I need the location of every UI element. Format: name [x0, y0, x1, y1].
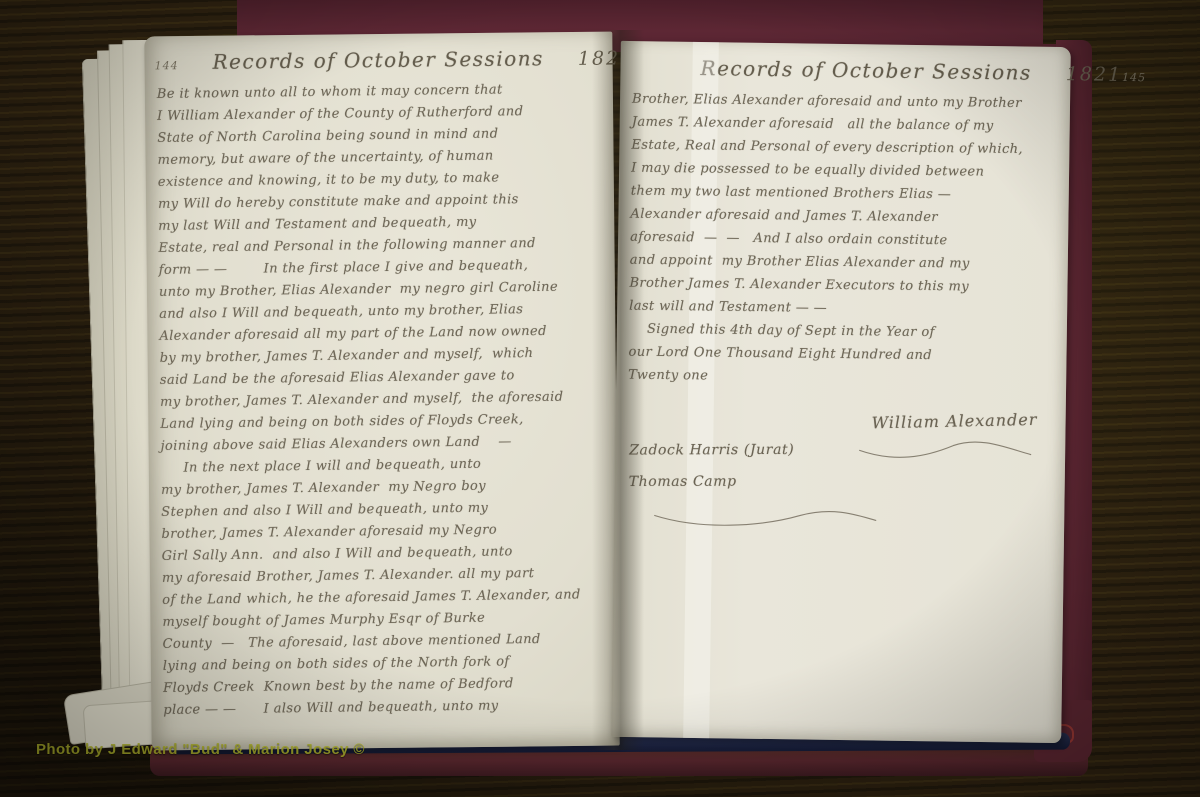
manuscript-line: Twenty one — [628, 364, 1060, 392]
witness-signature: Thomas Camp — [629, 474, 737, 490]
right-page-header: Records of October Sessions 1821 145 — [620, 41, 1070, 85]
testator-signature: William Alexander — [872, 410, 1038, 432]
left-page-manuscript-lines: Be it known unto all to whom it may conc… — [145, 70, 620, 722]
photographer-watermark: Photo by J Edward "Bud" & Marion Josey © — [36, 741, 365, 758]
left-page-heading: Records of October Sessions — [212, 46, 544, 73]
right-page: Records of October Sessions 1821 145 Bro… — [611, 41, 1071, 743]
right-page-heading-year: 1821 — [1066, 63, 1123, 86]
signature-flourish — [855, 436, 1035, 465]
manuscript-line: place — — I also Will and bequeath, unto… — [163, 694, 613, 722]
witness-flourish — [650, 503, 880, 532]
left-page-header: 144 Records of October Sessions 1821 — [144, 32, 612, 75]
left-page-number: 144 — [155, 59, 179, 72]
witness-signature: Zadock Harris (Jurat) — [629, 442, 794, 459]
right-page-number: 145 — [1122, 71, 1146, 84]
right-page-heading: Records of October Sessions — [700, 56, 1032, 85]
photograph-of-record-book: 144 Records of October Sessions 1821 Be … — [0, 0, 1200, 797]
left-page: 144 Records of October Sessions 1821 Be … — [144, 32, 619, 751]
right-page-manuscript-lines: Brother, Elias Alexander aforesaid and u… — [616, 79, 1070, 392]
